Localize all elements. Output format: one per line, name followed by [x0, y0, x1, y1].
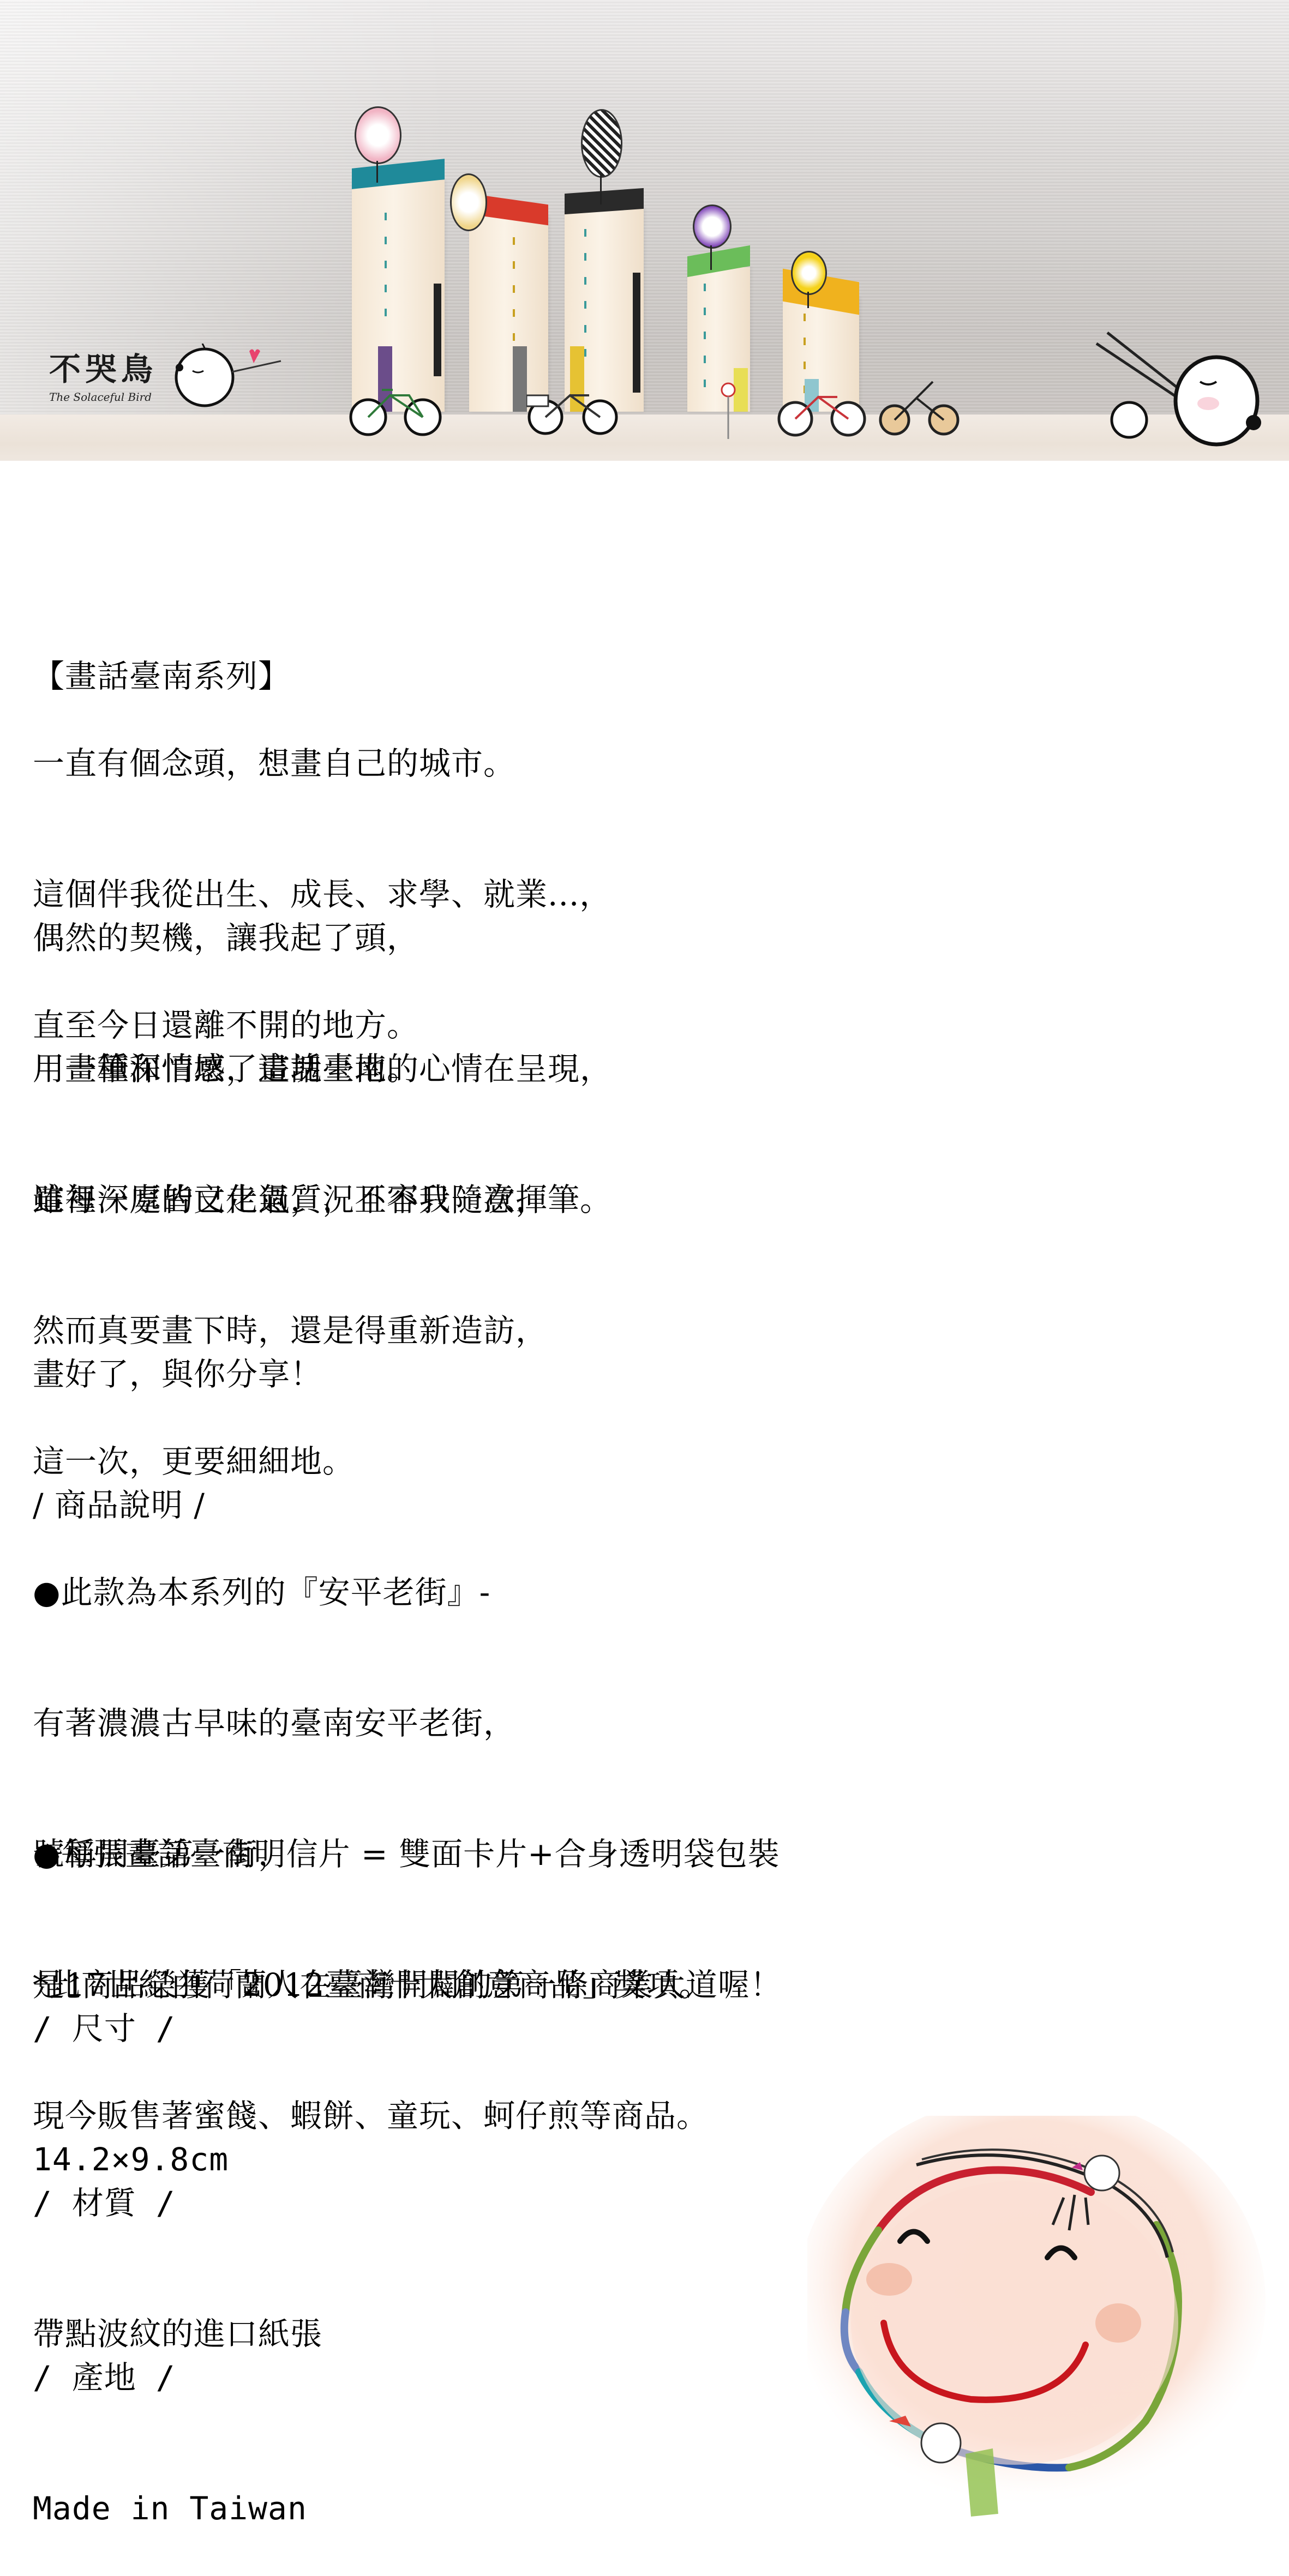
origin-heading: / 產地 /	[33, 2356, 307, 2399]
package-line: ●每張畫話臺南明信片 = 雙面卡片+合身透明袋包裝	[33, 1832, 780, 1876]
origin-value: Made in Taiwan	[33, 2487, 307, 2530]
banner-bottom-edge	[0, 461, 1289, 464]
wooden-house-teal	[352, 180, 445, 412]
intro-line: 偶然的契機，讓我起了頭，	[33, 916, 419, 960]
size-heading: / 尺寸 /	[33, 2007, 229, 2050]
bird-mascot-large-icon	[1091, 322, 1266, 447]
material-heading: / 材質 /	[33, 2181, 322, 2225]
description-line: 有著濃濃古早味的臺南安平老街，	[33, 1701, 782, 1745]
origin-section: / 產地 / Made in Taiwan	[33, 2268, 307, 2574]
logo-chinese-text: 不哭鳥	[49, 344, 157, 389]
balloon-yellow	[450, 173, 487, 231]
balloon-purple	[693, 204, 732, 249]
balloon-zebra	[581, 109, 622, 178]
intro-line: 一直有個念頭，想畫自己的城市。	[33, 742, 611, 785]
intro-line: 雖每一處皆已走過，況且不只一次，	[33, 1178, 548, 1221]
bird-mascot-icon	[172, 344, 292, 414]
bicycle-red-icon	[777, 382, 867, 439]
smiling-girl-illustration	[807, 2116, 1276, 2519]
balloon-yellow-red	[791, 251, 827, 295]
description-line: ●此款為本系列的『安平老街』-	[33, 1570, 782, 1614]
intro-line: 用一種深怕壞了這塊土地的心情在呈現，	[33, 1047, 612, 1091]
brand-logo: 不哭鳥 The Solaceful Bird	[46, 344, 286, 414]
bicycle-white-icon	[526, 379, 619, 439]
balloon-pink	[355, 106, 401, 164]
intro-line: 畫好了，與你分享！	[33, 1352, 322, 1396]
header-banner-photo: 不哭鳥 The Solaceful Bird	[0, 0, 1289, 464]
bicycle-green-icon	[349, 379, 442, 439]
logo-english-text: The Solaceful Bird	[49, 390, 152, 404]
wooden-house-green	[687, 267, 750, 412]
bicycle-tan-icon	[878, 376, 960, 439]
street-sign-icon	[720, 382, 736, 442]
